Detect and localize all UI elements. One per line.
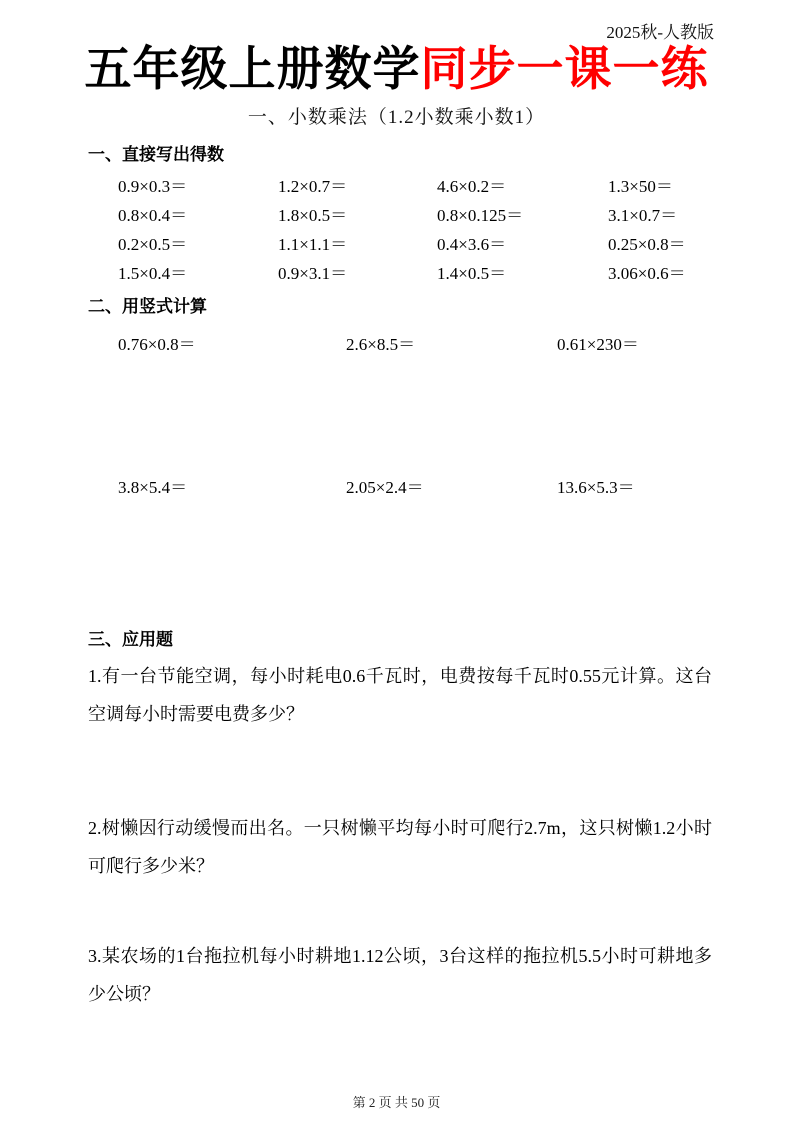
title-red-part: 同步一课一练 — [421, 42, 709, 95]
oral-problem-8: 3.1×0.7＝ — [608, 201, 718, 230]
oral-problem-9: 0.2×0.5＝ — [118, 230, 278, 259]
vertical-calculation-row-2: 3.8×5.4＝ 2.05×2.4＝ 13.6×5.3＝ — [118, 477, 718, 499]
oral-problem-2: 1.2×0.7＝ — [278, 172, 437, 201]
oral-problem-16: 3.06×0.6＝ — [608, 259, 718, 288]
section-1-heading: 一、直接写出得数 — [88, 140, 793, 165]
oral-problem-1: 0.9×0.3＝ — [118, 172, 278, 201]
oral-problem-3: 4.6×0.2＝ — [437, 172, 608, 201]
vertical-problem-6: 13.6×5.3＝ — [557, 477, 718, 499]
oral-problem-4: 1.3×50＝ — [608, 172, 718, 201]
word-problem-1: 1.有一台节能空调，每小时耗电0.6千瓦时，电费按每千瓦时0.55元计算。这台空… — [88, 657, 712, 733]
oral-problem-6: 1.8×0.5＝ — [278, 201, 437, 230]
oral-calculation-grid: 0.9×0.3＝ 1.2×0.7＝ 4.6×0.2＝ 1.3×50＝ 0.8×0… — [118, 172, 718, 288]
oral-problem-5: 0.8×0.4＝ — [118, 201, 278, 230]
worksheet-page: 2025秋-人教版 五年级上册数学同步一课一练 一、小数乘法（1.2小数乘小数1… — [0, 0, 793, 1122]
vertical-problem-4: 3.8×5.4＝ — [118, 477, 346, 499]
oral-problem-14: 0.9×3.1＝ — [278, 259, 437, 288]
page-number: 第 2 页 共 50 页 — [0, 1092, 793, 1111]
vertical-problem-5: 2.05×2.4＝ — [346, 477, 557, 499]
oral-problem-13: 1.5×0.4＝ — [118, 259, 278, 288]
word-problem-2: 2.树懒因行动缓慢而出名。一只树懒平均每小时可爬行2.7m，这只树懒1.2小时可… — [88, 809, 712, 885]
oral-problem-7: 0.8×0.125＝ — [437, 201, 608, 230]
vertical-problem-3: 0.61×230＝ — [557, 334, 718, 356]
oral-problem-10: 1.1×1.1＝ — [278, 230, 437, 259]
section-3-heading: 三、应用题 — [88, 625, 793, 650]
vertical-calculation-row-1: 0.76×0.8＝ 2.6×8.5＝ 0.61×230＝ — [118, 334, 718, 356]
oral-problem-11: 0.4×3.6＝ — [437, 230, 608, 259]
word-problem-3: 3.某农场的1台拖拉机每小时耕地1.12公顷，3台这样的拖拉机5.5小时可耕地多… — [88, 937, 712, 1013]
vertical-problem-1: 0.76×0.8＝ — [118, 334, 346, 356]
title-black-part: 五年级上册数学 — [85, 42, 421, 95]
edition-label: 2025秋-人教版 — [606, 18, 714, 43]
oral-problem-15: 1.4×0.5＝ — [437, 259, 608, 288]
section-2-heading: 二、用竖式计算 — [88, 292, 793, 317]
vertical-problem-2: 2.6×8.5＝ — [346, 334, 557, 356]
oral-problem-12: 0.25×0.8＝ — [608, 230, 718, 259]
lesson-subtitle: 一、小数乘法（1.2小数乘小数1） — [0, 102, 793, 129]
page-title: 五年级上册数学同步一课一练 — [0, 42, 793, 96]
